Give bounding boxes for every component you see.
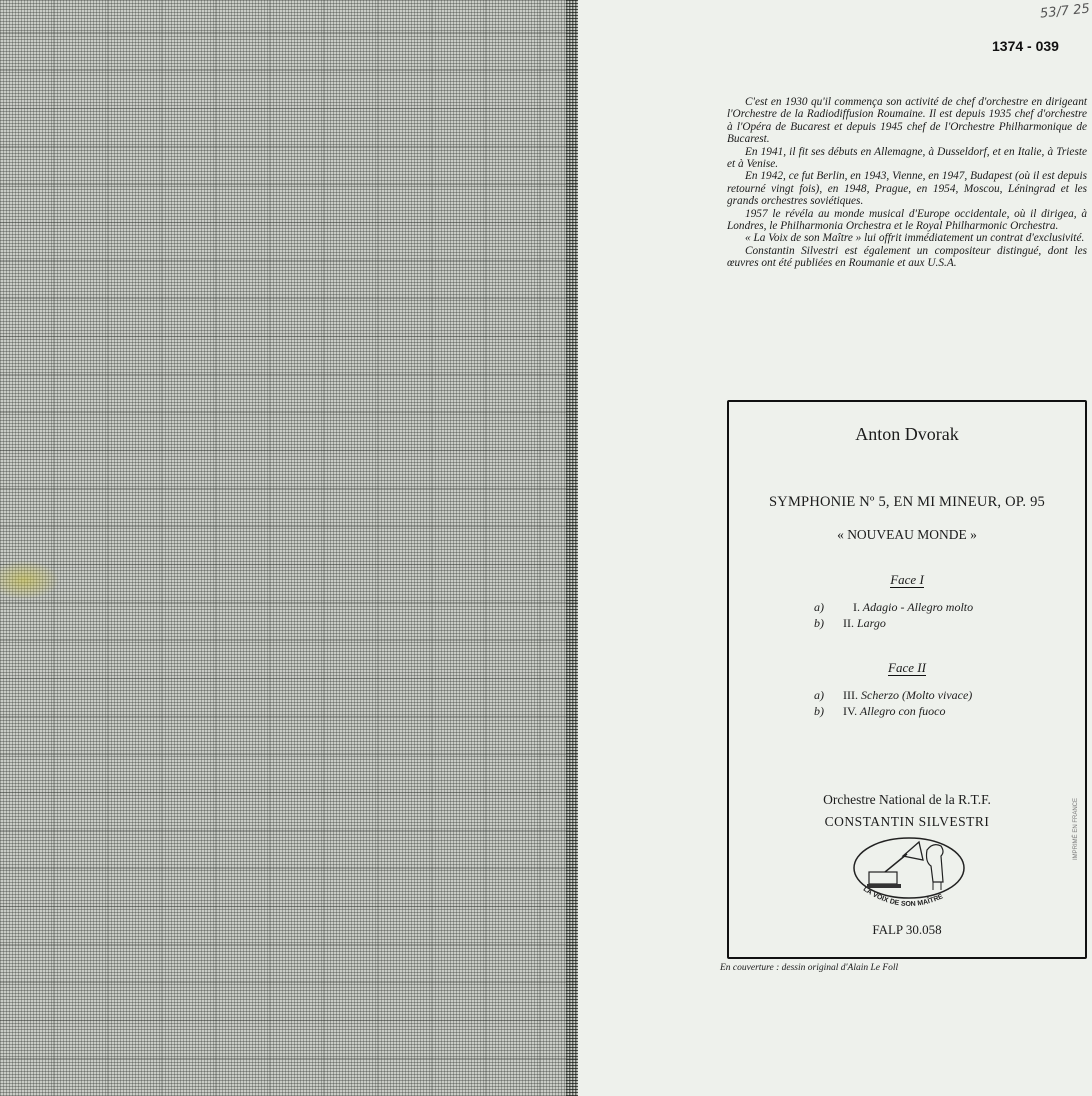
gramophone-dog-logo-icon: LA VOIX DE SON MAÎTRE [847,832,977,922]
face-2-section: Face II [729,660,1085,676]
face-label: Face II [888,660,926,676]
work-title: SYMPHONIE Nº 5, EN MI MINEUR, OP. 95 [729,494,1085,511]
track-letter: b) [814,616,840,631]
printer-mark: IMPRIMÉ EN FRANCE [1073,798,1079,860]
cover-credit: En couverture : dessin original d'Alain … [720,963,898,973]
work-subtitle: « NOUVEAU MONDE » [729,527,1085,543]
linen-edge [566,0,578,1096]
track-number: IV. [843,704,857,718]
linen-spine-panel [0,0,578,1096]
face-1-section: Face I [729,572,1085,588]
track-item: a) I. Adagio - Allegro molto [814,600,973,615]
track-title: Scherzo (Molto vivace) [861,688,972,702]
stain-mark [0,560,60,600]
track-item: b) II. Largo [814,616,886,631]
track-title: Largo [857,616,886,630]
track-letter: a) [814,600,840,615]
track-number: I. [853,600,860,614]
orchestra-name: Orchestre National de la R.T.F. [729,792,1085,808]
track-number: II. [843,616,854,630]
bio-paragraph: En 1942, ce fut Berlin, en 1943, Vienne,… [727,170,1087,207]
bio-paragraph: Constantin Silvestri est également un co… [727,245,1087,270]
track-letter: a) [814,688,840,703]
conductor-biography: C'est en 1930 qu'il commença son activit… [727,96,1087,270]
track-title: Adagio - Allegro molto [863,600,973,614]
track-title: Allegro con fuoco [860,704,946,718]
bio-paragraph: C'est en 1930 qu'il commença son activit… [727,96,1087,146]
record-reference: FALP 30.058 [729,922,1085,938]
track-number: III. [843,688,858,702]
logo-text: LA VOIX DE SON MAÎTRE [862,886,945,908]
face-label: Face I [890,572,924,588]
bio-paragraph: « La Voix de son Maître » lui offrit imm… [727,232,1087,244]
track-item: b) IV. Allegro con fuoco [814,704,945,719]
svg-text:LA VOIX DE SON MAÎTRE: LA VOIX DE SON MAÎTRE [862,886,945,908]
track-letter: b) [814,704,840,719]
track-item: a) III. Scherzo (Molto vivace) [814,688,972,703]
catalog-number: 1374 - 039 [992,38,1059,54]
program-box: Anton Dvorak SYMPHONIE Nº 5, EN MI MINEU… [727,400,1087,959]
conductor-name: CONSTANTIN SILVESTRI [729,814,1085,830]
bio-paragraph: En 1941, il fit ses débuts en Allemagne,… [727,146,1087,171]
bio-paragraph: 1957 le révéla au monde musical d'Europe… [727,208,1087,233]
composer-name: Anton Dvorak [729,424,1085,445]
